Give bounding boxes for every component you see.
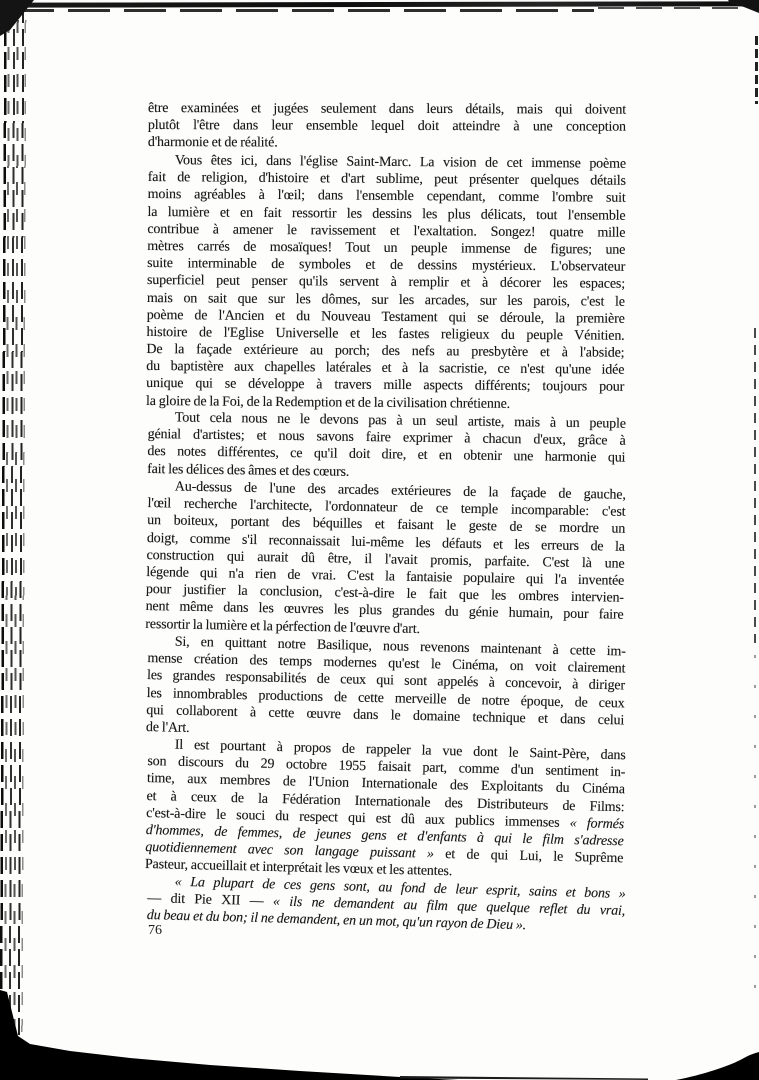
scan-edge-top	[4, 1, 757, 7]
text-segment: poème de l'Ancien et du Nouveau Testamen…	[147, 307, 625, 326]
text-segment: de l'Art.	[146, 720, 190, 736]
text-segment: histoire de l'Eglise Universelle et les …	[147, 324, 625, 343]
paragraph: être examinées et jugées seulement dans …	[148, 100, 626, 153]
text-segment: fait les délices des âmes et des cœurs.	[147, 462, 349, 480]
scan-page-edges-left-light	[0, 14, 29, 1034]
text-segment: mais on sait que sur les dômes, sur les …	[147, 290, 625, 309]
text-line: d'harmonie et de réalité.	[148, 134, 626, 153]
scan-hairline-bottom	[400, 1076, 648, 1080]
text-segment: Vous êtes ici, dans l'église Saint-Marc.…	[175, 153, 626, 172]
text-segment: d'harmonie et de réalité.	[148, 135, 278, 150]
scan-corner-top-left	[0, 0, 34, 36]
text-segment: moins agréables à l'œil; dans l'ensemble…	[148, 187, 626, 206]
scan-page-edges-left	[0, 6, 29, 1042]
text-segment: et de qui Lui, le Suprême	[434, 847, 624, 866]
text-segment: plutôt l'être dans leur ensemble lequel …	[148, 118, 626, 135]
text-segment: du baptistère aux chapelles latérales et…	[146, 359, 624, 378]
paragraph: Il est pourtant à propos de rappeler la …	[145, 736, 626, 885]
paragraph: Tout cela nous ne le devons pas à un seu…	[147, 409, 626, 484]
scan-mark-right-top	[755, 36, 758, 104]
scan-page: être examinées et jugées seulement dans …	[0, 0, 759, 1080]
text-segment: De la façade extérieure au porch; des ne…	[146, 342, 624, 361]
text-segment: la lumière et en fait ressortir les dess…	[147, 204, 625, 223]
text-line: être examinées et jugées seulement dans …	[148, 100, 626, 119]
text-segment: contribue à amener le ravissement et l'e…	[147, 221, 625, 240]
text-segment: la gloire de la Foi, de la Redemption et…	[146, 393, 510, 411]
text-segment: unique qui se développe à travers mille …	[146, 376, 624, 395]
paragraph: « La plupart de ces gens sont, au fond d…	[147, 873, 626, 937]
text-segment: être examinées et jugées seulement dans …	[148, 101, 626, 118]
page-number: 76	[148, 923, 162, 939]
paragraph: Vous êtes ici, dans l'église Saint-Marc.…	[146, 152, 626, 414]
text-segment: superficiel peut penser qu'ils servent à…	[147, 273, 625, 292]
text-line: plutôt l'être dans leur ensemble lequel …	[148, 117, 626, 136]
paragraph: Si, en quittant notre Basilique, nous re…	[146, 633, 626, 747]
scan-shadow-bottom-left	[0, 990, 458, 1080]
scan-edge-top-secondary	[12, 9, 594, 12]
paragraph: Au-dessus de l'une des arcades extérieur…	[145, 478, 626, 641]
scan-shadow-bottom-right	[676, 1052, 759, 1080]
scan-edge-top-right-line	[598, 7, 759, 9]
text-segment: suite interminable de symboles et de des…	[147, 256, 625, 275]
scan-edge-right-dots	[754, 655, 756, 1015]
scan-corner-top-right	[728, 0, 759, 13]
text-segment: « formés	[570, 816, 625, 832]
text-segment: mètres carrés de mosaïques! Tout un peup…	[147, 238, 625, 257]
text-block: être examinées et jugées seulement dans …	[148, 100, 626, 925]
text-segment: fait de religion, d'histoire et d'art su…	[148, 170, 626, 189]
scan-edge-right-dashed	[754, 328, 756, 643]
